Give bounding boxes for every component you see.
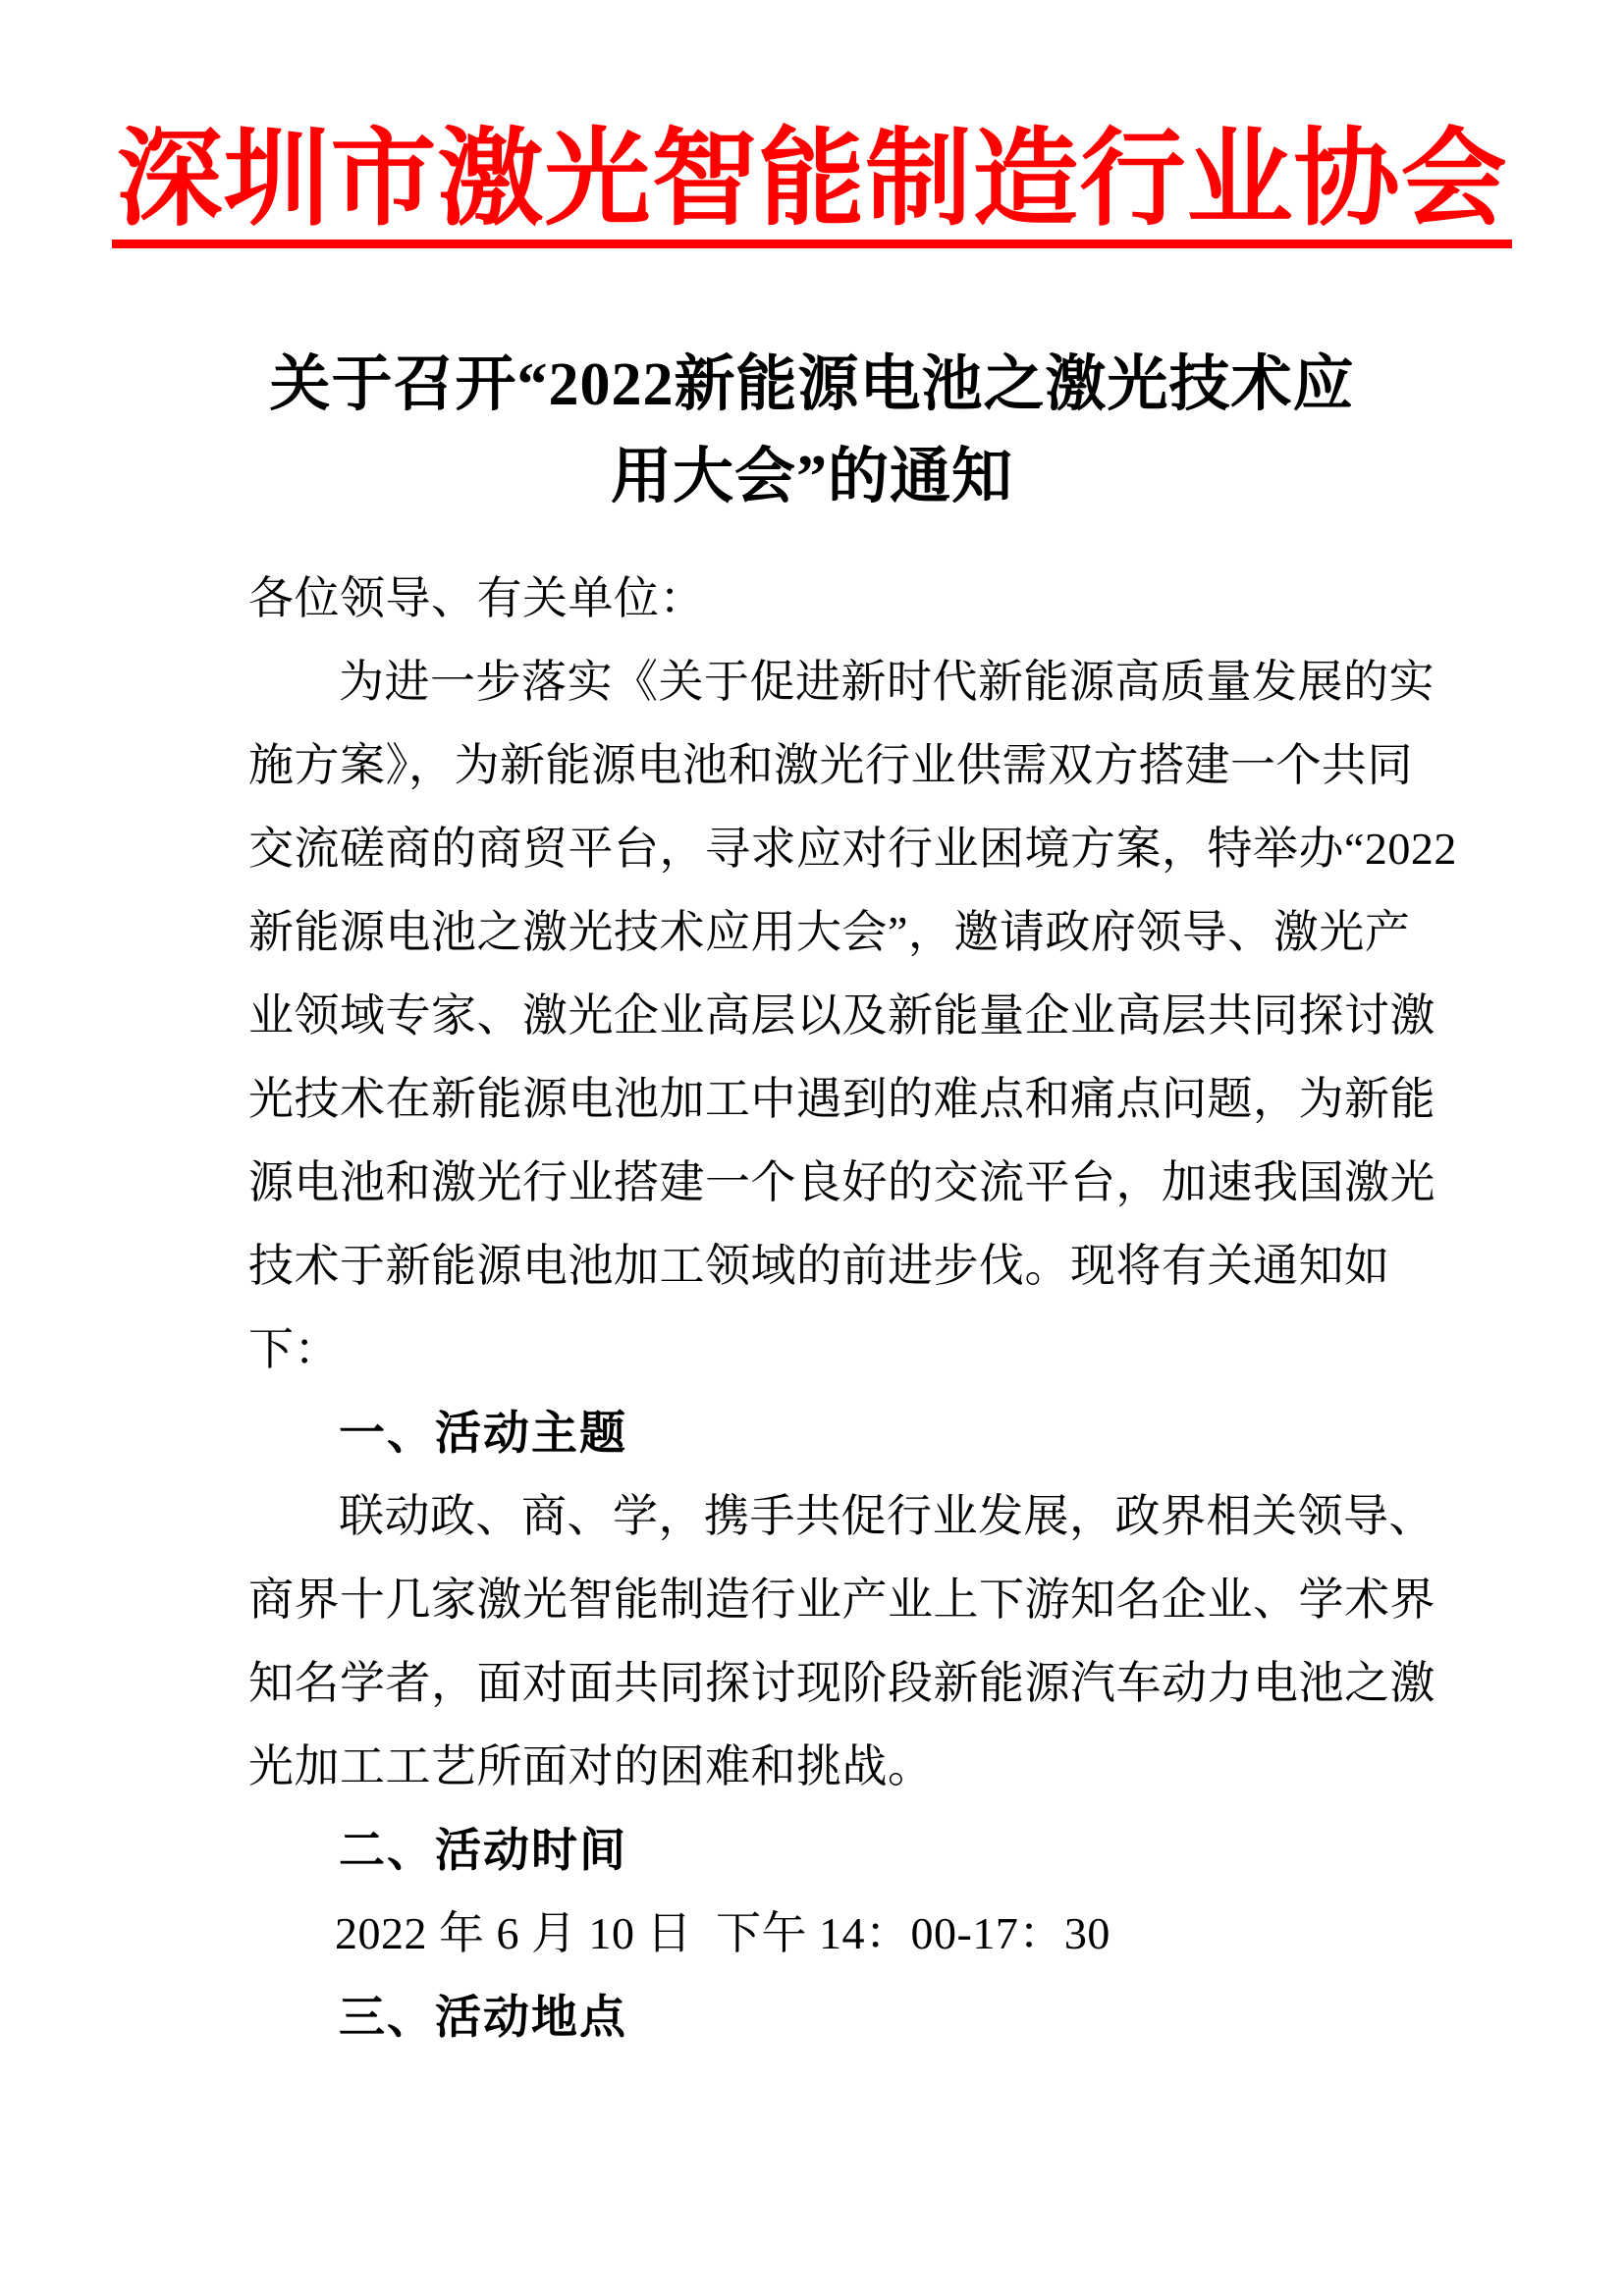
paragraph-line: 交流磋商的商贸平台，寻求应对行业困境方案，特举办“2022: [248, 807, 1436, 890]
paragraph-line: 知名学者，面对面共同探讨现阶段新能源汽车动力电池之激: [248, 1641, 1436, 1725]
notice-body: 各位领导、有关单位： 为进一步落实《关于促进新时代新能源高质量发展的实 施方案》…: [248, 557, 1436, 2058]
paragraph-line: 光加工工艺所面对的困难和挑战。: [248, 1725, 1436, 1808]
paragraph-line: 为进一步落实《关于促进新时代新能源高质量发展的实: [248, 640, 1436, 723]
section-heading-activity-time: 二、活动时间: [248, 1808, 1436, 1892]
paragraph-line: 技术于新能源电池加工领域的前进步伐。现将有关通知如: [248, 1224, 1436, 1308]
notice-title-line-1: 关于召开“2022新能源电池之激光技术应: [0, 339, 1624, 431]
notice-title-line-2: 用大会”的通知: [0, 431, 1624, 523]
section-heading-activity-theme: 一、活动主题: [248, 1391, 1436, 1474]
association-masthead: 深圳市激光智能制造行业协会: [0, 126, 1624, 248]
paragraph-line: 光技术在新能源电池加工中遇到的难点和痛点问题，为新能: [248, 1057, 1436, 1141]
notice-document-page: 深圳市激光智能制造行业协会 关于召开“2022新能源电池之激光技术应 用大会”的…: [0, 0, 1624, 2296]
paragraph-line: 施方案》，为新能源电池和激光行业供需双方搭建一个共同: [248, 723, 1436, 807]
salutation-line: 各位领导、有关单位：: [248, 557, 1436, 640]
paragraph-line: 联动政、商、学，携手共促行业发展，政界相关领导、: [248, 1474, 1436, 1558]
association-title: 深圳市激光智能制造行业协会: [112, 126, 1511, 248]
notice-title: 关于召开“2022新能源电池之激光技术应 用大会”的通知: [0, 339, 1624, 523]
paragraph-line: 源电池和激光行业搭建一个良好的交流平台，加速我国激光: [248, 1141, 1436, 1224]
section-heading-activity-venue: 三、活动地点: [248, 1975, 1436, 2058]
paragraph-line: 商界十几家激光智能制造行业产业上下游知名企业、学术界: [248, 1558, 1436, 1641]
paragraph-line: 新能源电池之激光技术应用大会”，邀请政府领导、激光产: [248, 890, 1436, 974]
paragraph-line: 业领域专家、激光企业高层以及新能量企业高层共同探讨激: [248, 974, 1436, 1057]
paragraph-line: 下：: [248, 1308, 1436, 1391]
event-date-line: 2022 年 6 月 10 日 下午 14：00-17：30: [248, 1892, 1436, 1975]
